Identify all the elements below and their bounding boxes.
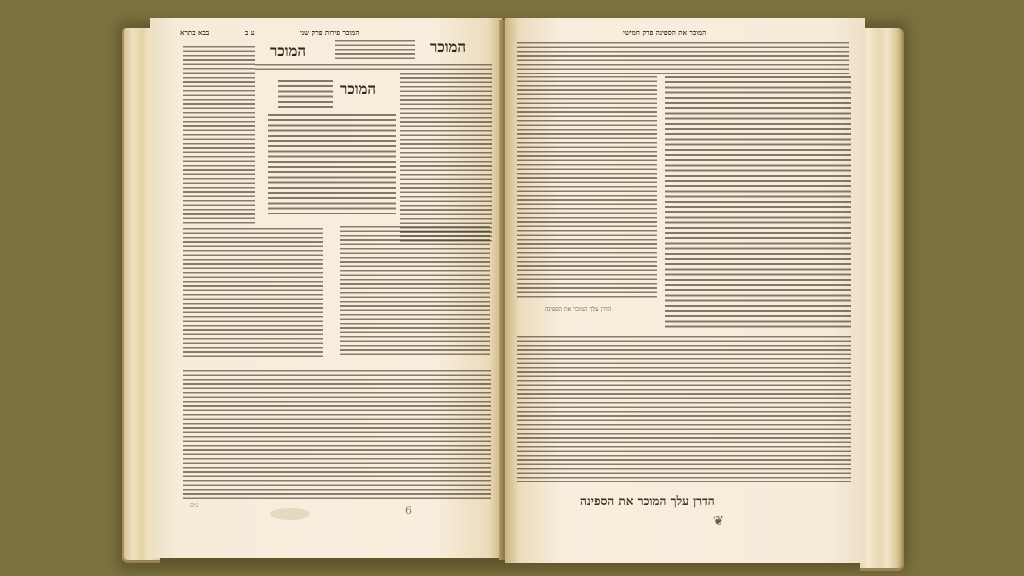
closing-line: הדרן עלך המוכר את הספינה [580,494,715,509]
commentary-bridge-line [255,64,400,72]
commentary-column-outer-lower [183,228,323,358]
folio-marker: ע ב [245,28,255,37]
lower-commentary-block [517,336,851,482]
paper-stain [270,508,310,520]
open-book: בבא בתרא ע ב המוכר פירות פרק שני המוכר ה… [0,0,1024,576]
footer-signature-mark: ג״ם [190,502,198,509]
commentary-top [335,40,415,60]
commentary-column-lower-right [340,226,490,356]
right-running-head: המוכר את הספינה פרק חמישי [623,28,706,37]
gemara-block [268,114,396,214]
bottom-commentary-block [183,370,491,500]
right-page: המוכר את הספינה פרק חמישי הדרן עלך המוכר… [505,18,865,563]
commentary-column-outer [183,46,255,226]
gemara-column [665,76,851,331]
left-page: בבא בתרא ע ב המוכר פירות פרק שני המוכר ה… [150,18,502,558]
top-commentary-block [517,42,849,74]
mishna-intro [278,80,333,110]
commentary-column-inner [400,64,492,244]
inner-caption: הדרן עלך המוכר את הספינה [545,306,611,313]
right-page-edges [860,28,904,571]
heading-word-main: המוכר [430,38,466,57]
left-running-head-center: המוכר פירות פרק שני [300,28,359,37]
heading-word-inner: המוכר [340,80,376,99]
left-running-head-outer: בבא בתרא [180,28,209,37]
commentary-column-inner [517,76,657,298]
ornament-icon: ❦ [713,514,724,529]
margin-note: 6 [405,504,412,517]
heading-word-commentary: המוכר [270,42,306,61]
